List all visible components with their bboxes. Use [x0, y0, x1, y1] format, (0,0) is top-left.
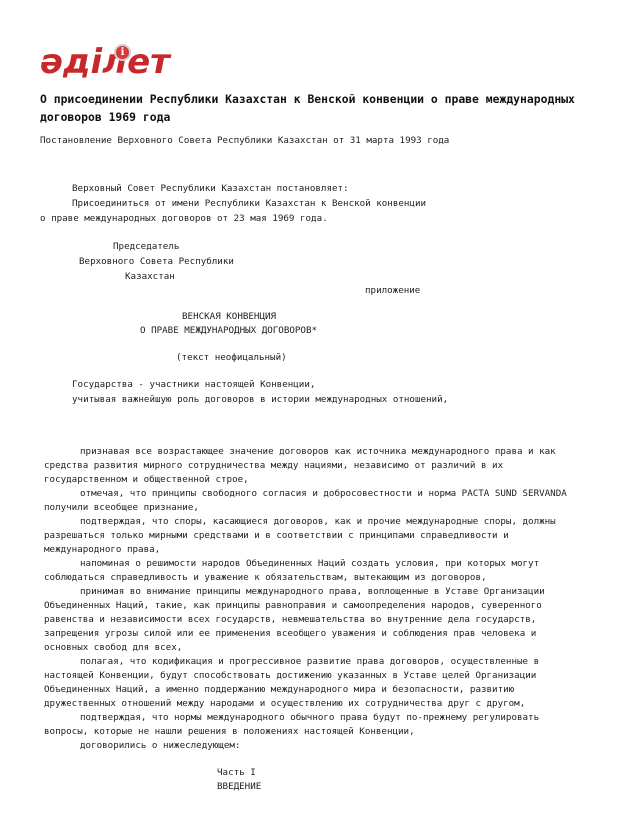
document-line: о праве международных договоров от 23 ма…	[40, 212, 328, 226]
document-line: Часть I	[217, 766, 256, 780]
document-line: получили всеобщее признание,	[44, 501, 199, 515]
document-line: ВЕНСКАЯ КОНВЕНЦИЯ	[182, 310, 276, 324]
adilet-logo[interactable]: әділет i	[40, 44, 170, 80]
document-line: подтверждая, что нормы международного об…	[80, 711, 539, 725]
document-line: дружественных отношений между народами и…	[44, 697, 525, 711]
document-line: Казахстан	[125, 270, 175, 284]
document-line: Верховный Совет Республики Казахстан пос…	[72, 182, 349, 196]
document-line: Объединенных Наций, а именно поддержанию…	[44, 683, 514, 697]
document-line: государственном и общественной строе,	[44, 473, 249, 487]
document-line: Объединенных Наций, такие, как принципы …	[44, 599, 542, 613]
document-subtitle: Постановление Верховного Совета Республи…	[40, 134, 449, 148]
document-line: соблюдаться справедливость и уважение к …	[44, 571, 487, 585]
document-line: напоминая о решимости народов Объединенн…	[80, 557, 539, 571]
document-line: разрешаться только мирными средствами и …	[44, 529, 509, 543]
document-line: ВВЕДЕНИЕ	[217, 780, 261, 794]
document-line: Председатель	[113, 240, 179, 254]
document-line: признавая все возрастающее значение дого…	[80, 445, 556, 459]
document-line: отмечая, что принципы свободного согласи…	[80, 487, 567, 501]
document-title: О присоединении Республики Казахстан к В…	[40, 90, 610, 126]
document-line: договорились о нижеследующем:	[80, 739, 240, 753]
document-line: международного права,	[44, 543, 160, 557]
info-icon: i	[114, 44, 131, 61]
document-line: подтверждая, что споры, касающиеся догов…	[80, 515, 556, 529]
document-line: Государства - участники настоящей Конвен…	[72, 378, 315, 392]
document-line: основных свобод для всех,	[44, 641, 182, 655]
document-line: (текст неофицальный)	[176, 351, 287, 365]
document-line: О ПРАВЕ МЕЖДУНАРОДНЫХ ДОГОВОРОВ*	[140, 324, 317, 338]
document-line: Верховного Совета Республики	[79, 255, 234, 269]
document-line: настоящей Конвенции, будут способствоват…	[44, 669, 536, 683]
document-line: средства развития мирного сотрудничества…	[44, 459, 503, 473]
document-line: равенства и независимости всех государст…	[44, 613, 536, 627]
document-line: учитывая важнейшую роль договоров в исто…	[72, 393, 448, 407]
document-line: вопросы, которые не нашли решения в поло…	[44, 725, 415, 739]
document-line: принимая во внимание принципы международ…	[80, 585, 545, 599]
document-line: приложение	[365, 284, 420, 298]
logo-text: әділет	[40, 44, 170, 80]
document-line: запрещения угрозы силой или ее применени…	[44, 627, 536, 641]
document-line: Присоединиться от имени Республики Казах…	[72, 197, 426, 211]
document-line: полагая, что кодификация и прогрессивное…	[80, 655, 539, 669]
